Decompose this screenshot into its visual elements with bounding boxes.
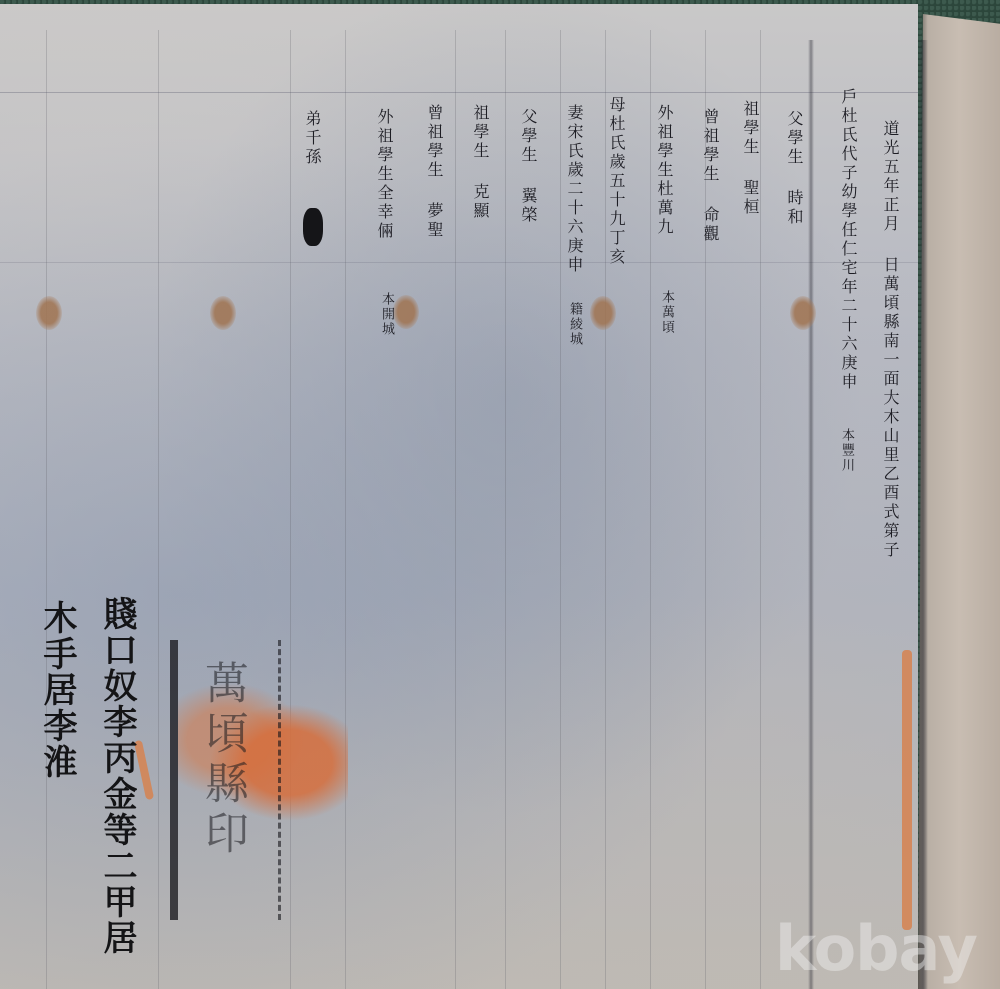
brother-entry: 弟千孫 xyxy=(304,110,320,167)
ruled-line xyxy=(290,30,291,989)
wife-origin: 籍綾城 xyxy=(568,302,581,347)
ruled-line xyxy=(760,30,761,989)
ruled-line xyxy=(605,30,606,989)
wife-father-entry: 父學生翼棨 xyxy=(520,108,536,225)
certification-signature: 木手居李淮 xyxy=(40,600,74,780)
stain xyxy=(393,295,419,329)
official-seal: 萬頃縣印 xyxy=(190,660,254,860)
red-mark xyxy=(902,650,912,930)
great-grandfather-entry: 曾祖學生命觀 xyxy=(702,108,718,244)
wife-great-grandfather-entry: 曾祖學生夢聖 xyxy=(426,104,442,240)
mother-entry: 母杜氏歲五十九丁亥 xyxy=(608,96,624,267)
maternal-grandfather-entry: 外祖學生杜萬九 xyxy=(656,104,672,237)
wife-maternal-grandfather-origin: 本開城 xyxy=(380,292,393,337)
fold-crease xyxy=(808,40,814,989)
wife-entry: 妻宋氏歲二十六庚申 xyxy=(566,104,582,275)
ink-blot xyxy=(303,208,323,246)
ruled-line xyxy=(158,30,159,989)
ruled-line xyxy=(46,30,47,989)
wife-maternal-grandfather-entry: 外祖學生全幸倆 xyxy=(376,108,392,241)
wife-grandfather-entry: 祖學生克顯 xyxy=(472,104,488,221)
ruled-line xyxy=(455,30,456,989)
stain xyxy=(36,296,62,330)
paper-right-edge xyxy=(918,14,1000,989)
paper-sheet xyxy=(0,4,918,989)
ruled-line xyxy=(0,262,918,263)
ruled-line xyxy=(650,30,651,989)
stain xyxy=(590,296,616,330)
header-date: 道光五年正月日萬頃縣南一面大木山里乙酉式第子 xyxy=(882,120,898,560)
household-head-origin: 本豐川 xyxy=(840,428,853,473)
ruled-line xyxy=(560,30,561,989)
watermark: kobay xyxy=(775,912,977,985)
ruled-line xyxy=(345,30,346,989)
stain xyxy=(210,296,236,330)
fold-crease xyxy=(918,40,928,989)
grandfather-entry: 祖學生聖桓 xyxy=(742,100,758,217)
ruled-line xyxy=(0,92,918,93)
maternal-grandfather-origin: 本萬頃 xyxy=(660,290,673,335)
stain xyxy=(790,296,816,330)
ruled-line xyxy=(505,30,506,989)
certification-text: 賤口奴李丙金等二甲居 xyxy=(100,596,134,956)
father-entry: 父學生時和 xyxy=(786,110,802,227)
household-head: 戶杜氏代子幼學任仁宅年二十六庚申 xyxy=(840,88,856,392)
